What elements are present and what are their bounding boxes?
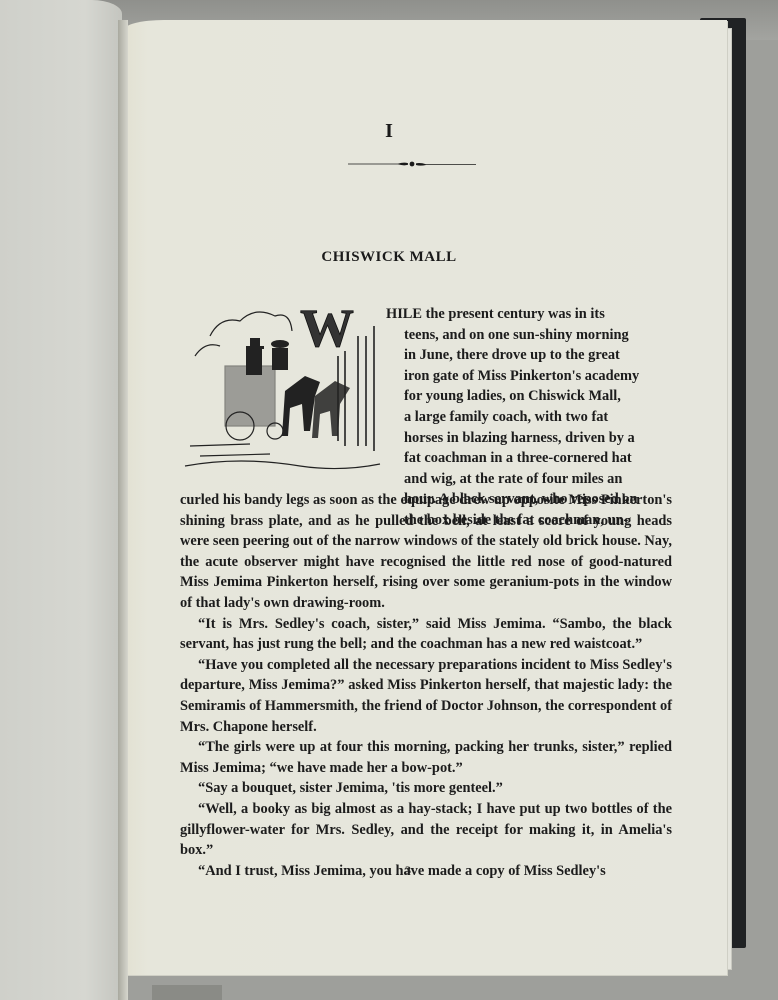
text-line: horses in blazing harness, driven by a — [386, 428, 672, 449]
svg-text:W: W — [300, 298, 354, 358]
text-line: iron gate of Miss Pinkerton's academy — [386, 366, 672, 387]
text-line: HILE the present century was in its — [386, 304, 672, 325]
paragraph: “Well, a booky as big almost as a hay-st… — [180, 799, 672, 861]
body-text: curled his bandy legs as soon as the equ… — [180, 490, 672, 881]
left-page[interactable] — [0, 0, 122, 1000]
text-line: a large family coach, with two fat — [386, 407, 672, 428]
paragraph: “The girls were up at four this morning,… — [180, 737, 672, 778]
coach-illustration-icon: W — [180, 296, 386, 476]
page-gutter — [118, 20, 128, 1000]
text-line: teens, and on one sun-shiny morning — [386, 325, 672, 346]
paragraph: “Have you completed all the necessary pr… — [180, 655, 672, 737]
paragraph: curled his bandy legs as soon as the equ… — [180, 490, 672, 614]
chapter-title: CHISWICK MALL — [0, 249, 778, 266]
bookmark-tab — [152, 985, 222, 1000]
text-line: in June, there drove up to the great — [386, 345, 672, 366]
text-line: for young ladies, on Chiswick Mall, — [386, 386, 672, 407]
paragraph: “Say a bouquet, sister Jemima, 'tis more… — [180, 778, 672, 799]
text-line: and wig, at the rate of four miles an — [386, 469, 672, 490]
paragraph: “It is Mrs. Sedley's coach, sister,” sai… — [180, 614, 672, 655]
paragraph: “And I trust, Miss Jemima, you have made… — [180, 861, 672, 882]
ornament-divider-icon — [348, 160, 476, 168]
page-number: 3 — [405, 863, 411, 878]
chapter-number: I — [0, 120, 778, 143]
text-line: fat coachman in a three-cornered hat — [386, 448, 672, 469]
